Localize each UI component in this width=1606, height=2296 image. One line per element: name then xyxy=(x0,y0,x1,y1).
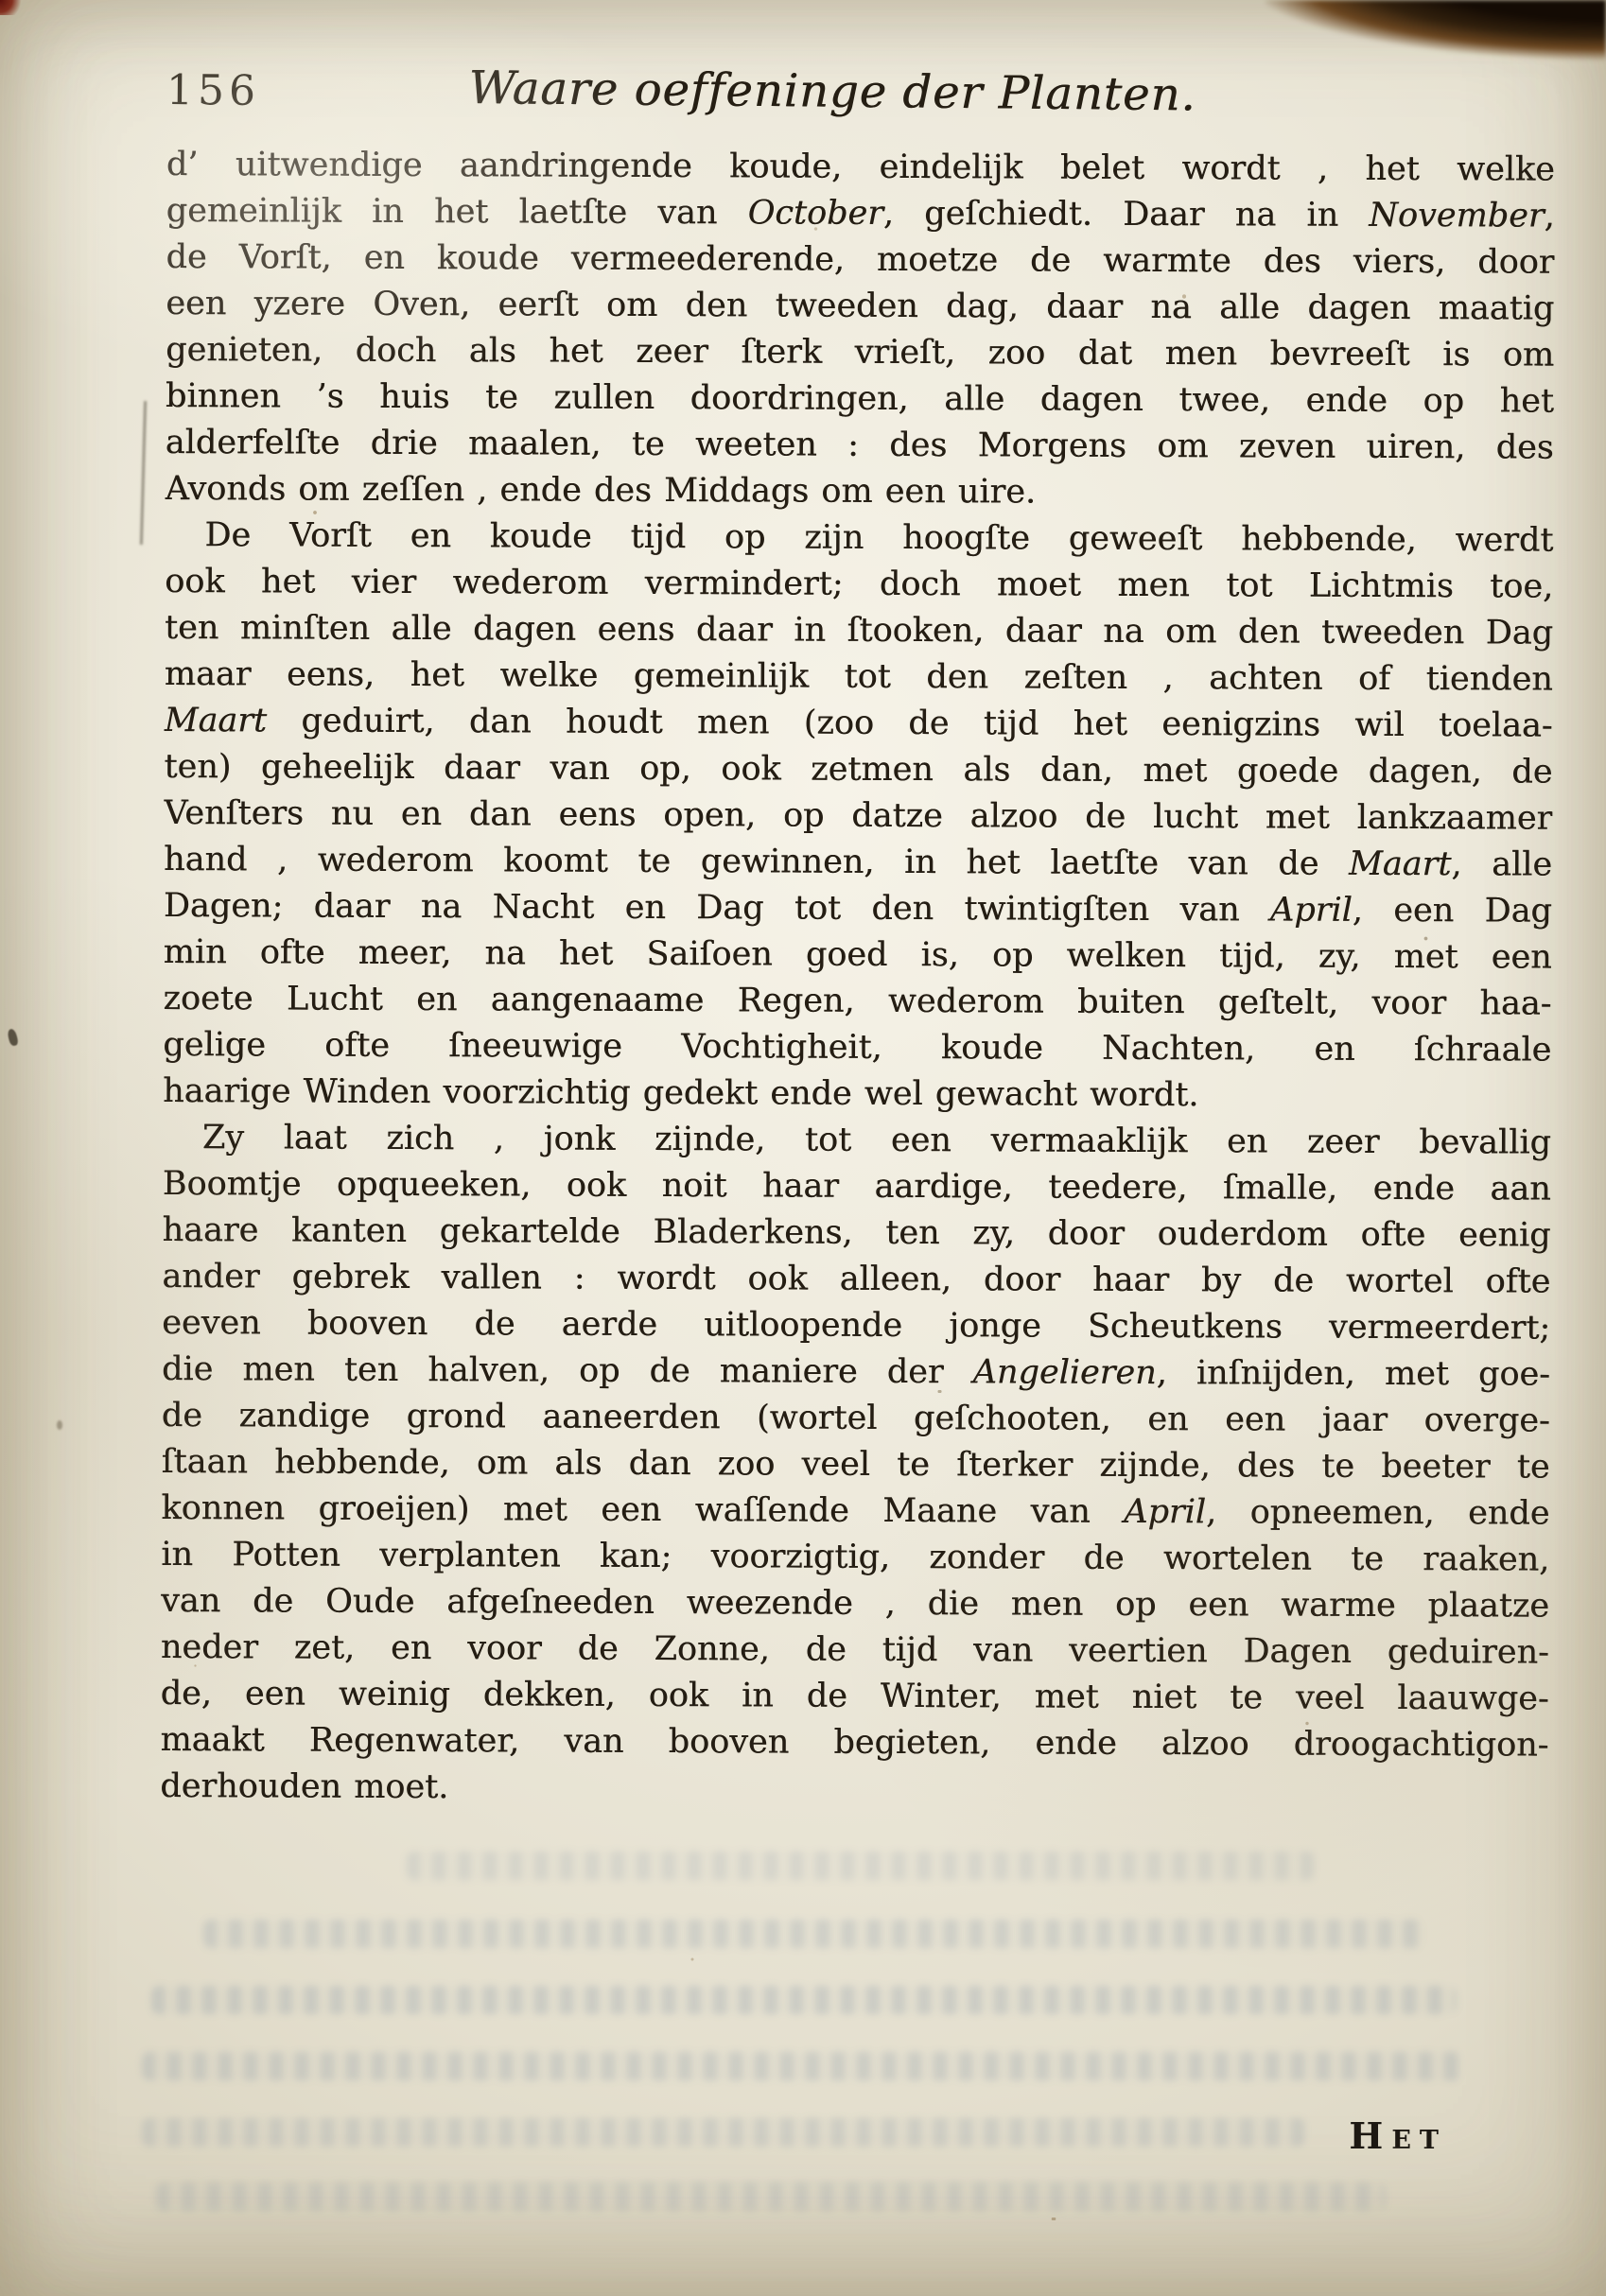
text-segment: hand , wederom koomt te gewinnen, in het… xyxy=(164,841,1349,883)
text-line: alderfelſte drie maalen, te weeten : des… xyxy=(166,420,1554,472)
bleed-through-line xyxy=(151,1986,1457,2014)
text-line: in Potten verplanten kan; voorzigtig, zo… xyxy=(161,1532,1549,1584)
text-line: Boomtje opqueeken, ook noit haar aardige… xyxy=(163,1161,1551,1213)
text-segment: maar eens, het welke gemeinlijk tot den … xyxy=(165,655,1553,699)
text-line: ten minſten alle dagen eens daar in ſtoo… xyxy=(165,605,1553,657)
text-line: derhouden moet. xyxy=(160,1764,1548,1816)
text-line: ook het vier wederom vermindert; doch mo… xyxy=(165,559,1553,611)
text-segment: ten) geheelijk daar van op, ook zetmen a… xyxy=(164,748,1552,791)
text-line: zoete Lucht en aangenaame Regen, wederom… xyxy=(163,976,1551,1028)
text-segment: in Potten verplanten kan; voorzigtig, zo… xyxy=(161,1536,1549,1579)
text-segment: ook het vier wederom vermindert; doch mo… xyxy=(165,563,1553,606)
text-segment: ſtaan hebbende, om als dan zoo veel te ſ… xyxy=(162,1443,1550,1487)
text-segment: binnen ’s huis te zullen doordringen, al… xyxy=(166,377,1554,421)
text-line: maakt Regenwater, van booven begieten, e… xyxy=(160,1717,1548,1769)
text-line: ten) geheelijk daar van op, ook zetmen a… xyxy=(164,744,1552,796)
text-segment: neder zet, en voor de Zonne, de tijd van… xyxy=(161,1628,1549,1672)
italic-text-segment: Angelieren xyxy=(973,1353,1157,1392)
text-segment: Boomtje opqueeken, ook noit haar aardige… xyxy=(163,1165,1551,1209)
text-segment: haare kanten gekartelde Bladerkens, ten … xyxy=(163,1211,1551,1255)
italic-text-segment: April xyxy=(1124,1493,1206,1531)
italic-text-segment: April xyxy=(1270,891,1353,929)
text-line: ſtaan hebbende, om als dan zoo veel te ſ… xyxy=(162,1439,1550,1491)
text-segment: Avonds om zeſſen , ende des Middags om e… xyxy=(166,470,1037,512)
paper-crease xyxy=(140,401,147,545)
italic-text-segment: Maart xyxy=(1349,845,1452,883)
bleed-through-line xyxy=(142,2052,1461,2080)
text-line: gemeinlijk in het laetſte van October, g… xyxy=(166,188,1555,240)
text-line: neder zet, en voor de Zonne, de tijd van… xyxy=(161,1625,1549,1677)
text-line: genieten, doch als het zeer ſterk vrieſt… xyxy=(166,327,1554,379)
text-segment: ten minſten alle dagen eens daar in ſtoo… xyxy=(165,609,1553,652)
body-text: d’ uitwendige aandringende koude, eindel… xyxy=(160,142,1555,1816)
text-segment: gemeinlijk in het laetſte van xyxy=(166,192,748,232)
text-segment: de Vorſt, en koude vermeederende, moetze… xyxy=(166,238,1554,282)
text-segment: eeven booven de aerde uitloopende jonge … xyxy=(162,1304,1550,1348)
text-segment: een yzere Oven, eerſt om den tweeden dag… xyxy=(166,285,1554,328)
bleed-through-line xyxy=(407,1852,1315,1880)
ink-speck xyxy=(7,1028,19,1047)
text-line: ander gebrek vallen : wordt ook alleen, … xyxy=(162,1254,1550,1306)
text-line: maar eens, het welke gemeinlijk tot den … xyxy=(165,652,1553,704)
text-line: Maart geduirt, dan houdt men (zoo de tij… xyxy=(165,698,1553,750)
text-line: gelige ofte ſneeuwige Vochtigheit, koude… xyxy=(163,1022,1551,1074)
text-segment: , xyxy=(1544,198,1554,235)
text-segment: , geſchiedt. Daar na in xyxy=(883,195,1370,235)
catchword: Het xyxy=(1349,2114,1447,2157)
text-line: d’ uitwendige aandringende koude, eindel… xyxy=(166,142,1555,194)
text-line: Avonds om zeſſen , ende des Middags om e… xyxy=(165,466,1553,518)
text-line: Zy laat zich , jonk zijnde, tot een verm… xyxy=(163,1115,1551,1167)
bleed-through-line xyxy=(203,1920,1423,1948)
paragraph: De Vorſt en koude tijd op zijn hoogſte g… xyxy=(163,513,1553,1121)
page-corner-shadow-top-right xyxy=(1266,0,1606,79)
text-segment: Dagen; daar na Nacht en Dag tot den twin… xyxy=(164,887,1270,929)
text-segment: derhouden moet. xyxy=(160,1767,448,1806)
page-corner-mark-top-left xyxy=(0,0,23,15)
paper-speck xyxy=(57,1420,62,1430)
text-segment: , alle xyxy=(1451,845,1552,883)
text-segment: maakt Regenwater, van booven begieten, e… xyxy=(160,1721,1548,1765)
text-segment: de zandige grond aaneerden (wortel geſch… xyxy=(162,1397,1550,1440)
bleed-through-line xyxy=(142,2118,1305,2147)
text-segment: zoete Lucht en aangenaame Regen, wederom… xyxy=(163,980,1551,1023)
text-segment: min ofte meer, na het Saiſoen goed is, o… xyxy=(164,933,1552,977)
text-line: eeven booven de aerde uitloopende jonge … xyxy=(162,1300,1550,1352)
text-segment: Venſters nu en dan eens open, op datze a… xyxy=(164,794,1552,838)
italic-text-segment: Maart xyxy=(165,702,268,739)
text-segment: gelige ofte ſneeuwige Vochtigheit, koude… xyxy=(163,1026,1551,1070)
text-line: Venſters nu en dan eens open, op datze a… xyxy=(164,791,1552,843)
bleed-through-line xyxy=(156,2183,1386,2211)
text-segment: De Vorſt en koude tijd op zijn hoogſte g… xyxy=(204,516,1553,559)
text-line: De Vorſt en koude tijd op zijn hoogſte g… xyxy=(165,513,1553,565)
text-line: hand , wederom koomt te gewinnen, in het… xyxy=(164,837,1552,889)
text-line: haarige Winden voorzichtig gedekt ende w… xyxy=(163,1069,1551,1121)
text-segment: genieten, doch als het zeer ſterk vrieſt… xyxy=(166,331,1554,374)
running-title: Waare oeffeninge der Planten. xyxy=(312,60,1353,123)
text-line: die men ten halven, op de maniere der An… xyxy=(162,1347,1550,1399)
text-line: de, een weinig dekken, ook in de Winter,… xyxy=(161,1671,1549,1723)
text-line: Dagen; daar na Nacht en Dag tot den twin… xyxy=(164,883,1552,935)
text-segment: die men ten halven, op de maniere der xyxy=(162,1350,973,1391)
paragraph: d’ uitwendige aandringende koude, eindel… xyxy=(165,142,1554,518)
text-segment: geduirt, dan houdt men (zoo de tijd het … xyxy=(267,702,1553,744)
text-segment: ander gebrek vallen : wordt ook alleen, … xyxy=(162,1258,1550,1301)
text-line: de zandige grond aaneerden (wortel geſch… xyxy=(162,1393,1550,1445)
text-line: van de Oude afgeſneeden weezende , die m… xyxy=(161,1578,1549,1630)
text-segment: konnen groeijen) met een waſſende Maane … xyxy=(161,1489,1124,1531)
page-number: 156 xyxy=(166,66,260,115)
text-segment: , een Dag xyxy=(1353,892,1552,931)
text-line: haare kanten gekartelde Bladerkens, ten … xyxy=(162,1208,1550,1260)
text-line: een yzere Oven, eerſt om den tweeden dag… xyxy=(166,281,1554,333)
text-line: binnen ’s huis te zullen doordringen, al… xyxy=(166,374,1554,426)
text-line: de Vorſt, en koude vermeederende, moetze… xyxy=(166,235,1554,287)
text-segment: , inſnijden, met goe- xyxy=(1157,1354,1550,1394)
text-segment: Zy laat zich , jonk zijnde, tot een verm… xyxy=(202,1119,1551,1161)
text-segment: de, een weinig dekken, ook in de Winter,… xyxy=(161,1675,1549,1718)
book-page-scan: 156 Waare oeffeninge der Planten. d’ uit… xyxy=(0,0,1606,2296)
italic-text-segment: October xyxy=(748,194,883,233)
italic-text-segment: November xyxy=(1369,197,1544,235)
text-segment: , opneemen, ende xyxy=(1206,1493,1550,1532)
paragraph: Zy laat zich , jonk zijnde, tot een verm… xyxy=(160,1115,1551,1816)
text-segment: d’ uitwendige aandringende koude, eindel… xyxy=(166,146,1555,189)
text-line: min ofte meer, na het Saiſoen goed is, o… xyxy=(164,930,1552,982)
page-header: 156 Waare oeffeninge der Planten. xyxy=(0,57,1606,148)
text-segment: van de Oude afgeſneeden weezende , die m… xyxy=(161,1582,1549,1626)
text-segment: alderfelſte drie maalen, te weeten : des… xyxy=(166,424,1554,467)
text-segment: haarige Winden voorzichtig gedekt ende w… xyxy=(163,1072,1198,1114)
text-line: konnen groeijen) met een waſſende Maane … xyxy=(161,1486,1549,1538)
